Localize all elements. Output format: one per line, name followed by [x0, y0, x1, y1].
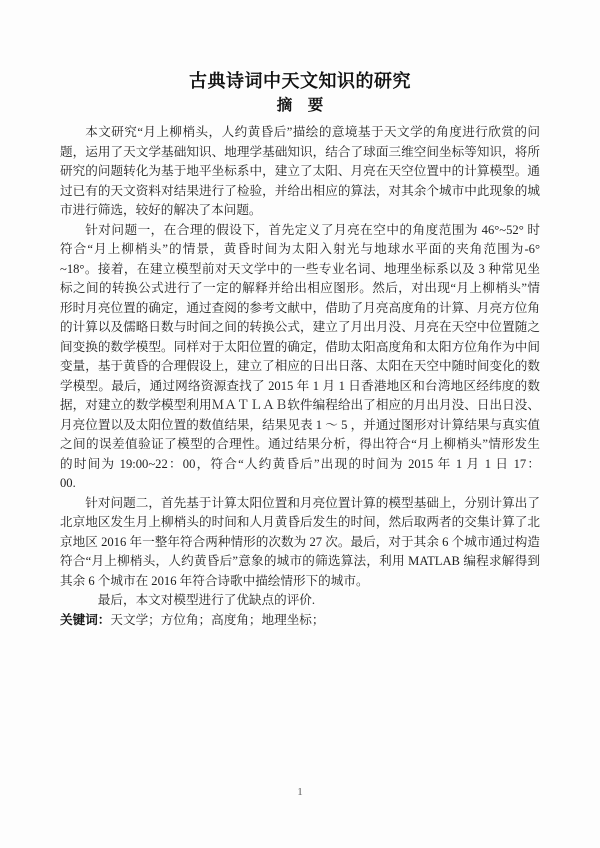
body-line: 其余 6 个城市在 2016 年符合诗歌中描绘情形下的城市。: [60, 572, 540, 592]
body-line: 符合“月上柳梢头，人约黄昏后”意象的城市的筛选算法，利用 MATLAB 编程求解…: [60, 552, 540, 572]
page-number: 1: [0, 786, 600, 798]
body-line: 题，运用了天文学基础知识、地理学基础知识，结合了球面三维空间坐标等知识，将所: [60, 143, 540, 163]
body-line: 00.: [60, 474, 540, 494]
body-line: 变量，基于黄昏的合理假设上，建立了相应的日出日落、太阳在天空中随时间变化的数: [60, 357, 540, 377]
body-line: 研究的问题转化为基于地平坐标系中，建立了太阳、月亮在天空位置中的计算模型。通: [60, 162, 540, 182]
body-line: 本文研究“月上柳梢头，人约黄昏后”描绘的意境基于天文学的角度进行欣赏的问: [60, 123, 540, 143]
body-line: 符合“月上柳梢头”的情景，黄昏时间为太阳入射光与地球水平面的夹角范围为-6°: [60, 240, 540, 260]
body-line: 据，对建立的数学模型利用ＭＡＴＬＡＢ软件编程给出了相应的月出月没、日出日没、: [60, 396, 540, 416]
body-line: 最后，本文对模型进行了优缺点的评价.: [60, 591, 540, 611]
body-line: 学模型。最后，通过网络资源查找了 2015 年 1 月 1 日香港地区和台湾地区…: [60, 377, 540, 397]
body-line: 月亮位置以及太阳位置的数值结果，结果见表 1 ～ 5 ，并通过图形对计算结果与真…: [60, 416, 540, 436]
body-line: 北京地区发生月上柳梢头的时间和人月黄昏后发生的时间，然后取两者的交集计算了北: [60, 513, 540, 533]
paper-title: 古典诗词中天文知识的研究: [0, 69, 600, 93]
document-page: 古典诗词中天文知识的研究 摘 要 本文研究“月上柳梢头，人约黄昏后”描绘的意境基…: [0, 0, 600, 848]
body-line: 标之间的转换公式进行了一定的解释并给出相应图形。然后，对出现“月上柳梢头”情: [60, 279, 540, 299]
keywords-text: 天文学；方位角；高度角；地理坐标；: [110, 613, 324, 627]
body-line: 针对问题一，在合理的假设下，首先定义了月亮在空中的角度范围为 46°~52° 时: [60, 221, 540, 241]
body-line: 的时间为 19:00~22：00，符合“人约黄昏后”出现的时间为 2015 年 …: [60, 455, 540, 475]
body-line: 之间的误差值验证了模型的合理性。通过结果分析，得出符合“月上柳梢头”情形发生: [60, 435, 540, 455]
keywords-label: 关键词：: [60, 613, 110, 627]
abstract-heading: 摘 要: [0, 96, 600, 116]
body-line: 过已有的天文资料对结果进行了检验，并给出相应的算法，对其余个城市中此现象的城: [60, 182, 540, 202]
body-line: 京地区 2016 年一整年符合两种情形的次数为 27 次。最后，对于其余 6 个…: [60, 533, 540, 553]
body-line: 形时月亮位置的确定，通过查阅的参考文献中，借助了月亮高度角的计算、月亮方位角: [60, 299, 540, 319]
body-line: ~18°。接着，在建立模型前对天文学中的一些专业名词、地理坐标系以及 3 种常见…: [60, 260, 540, 280]
body-line: 间变换的数学模型。同样对于太阳位置的确定，借助太阳高度角和太阳方位角作为中间: [60, 338, 540, 358]
body-line: 的计算以及儒略日数与时间之间的转换公式，建立了月出月没、月亮在天空中位置随之: [60, 318, 540, 338]
abstract-body: 本文研究“月上柳梢头，人约黄昏后”描绘的意境基于天文学的角度进行欣赏的问题，运用…: [60, 123, 540, 611]
keywords-line: 关键词：天文学；方位角；高度角；地理坐标；: [60, 611, 540, 631]
body-line: 针对问题二，首先基于计算太阳位置和月亮位置计算的模型基础上，分别计算出了: [60, 494, 540, 514]
body-line: 市进行筛选，较好的解决了本问题。: [60, 201, 540, 221]
